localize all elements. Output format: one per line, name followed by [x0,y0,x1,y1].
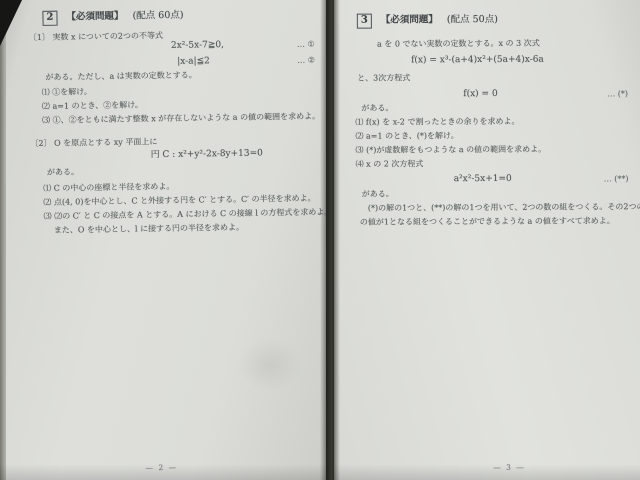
p3-note2: がある。 [362,189,394,199]
s2-equation: 円 C : x²+y²-2x-8y+13=0 [151,148,263,161]
p3-intro1: a を 0 でない実数の定数とする。x の 3 次式 [377,39,540,49]
left-page-content: 2 【必須問題】 (配点 60点) 〔1〕 実数 x についての2つの不等式 2… [2,0,330,480]
s2-item-3: ⑶ ⑵の C′ と C の接点を A とする。A における C の接線 l の方… [44,207,333,221]
p3-equation-f: f(x) = x³-(a+4)x²+(5a+4)x-6a [411,55,544,66]
s1-note: がある。ただし、a は実数の定数とする。 [45,70,196,82]
right-page-content: 3 【必須問題】 (配点 50点) a を 0 でない実数の定数とする。x の … [333,0,640,480]
s1-equation2: |x-a|≦2 [177,56,210,67]
problem2-header: 2 【必須問題】 (配点 60点) [42,9,183,26]
left-page: 2 【必須問題】 (配点 60点) 〔1〕 実数 x についての2つの不等式 2… [6,0,326,480]
problem2-number-box: 2 [42,11,57,26]
problem2-title: 【必須問題】 [66,11,123,23]
s1-equation1-ref: … ① [297,40,315,50]
p3-equation-f0-ref: … (*) [607,89,628,99]
right-page: 3 【必須問題】 (配点 50点) a を 0 でない実数の定数とする。x の … [334,0,640,480]
exam-booklet-photo: 2 【必須問題】 (配点 60点) 〔1〕 実数 x についての2つの不等式 2… [0,0,640,480]
p3-paragraph-line2: の値が1となる組をつくることができるような a の値をすべて求めよ。 [360,216,615,227]
p3-equation-f0: f(x) = 0 [463,89,497,100]
s2-item-3-cont: また、O を中心とし、l に接する円の半径を求めよ。 [54,223,244,236]
s2-note: がある。 [47,167,79,177]
s1-intro: 〔1〕 実数 x についての2つの不等式 [29,31,163,43]
problem3-number-box: 3 [357,14,372,29]
p3-equation-q-ref: … (**) [604,174,629,184]
booklet-spine [320,0,340,480]
p3-item-3: ⑶ (*)が虚数解をもつような a の値の範囲を求めよ。 [356,145,547,156]
p3-item-1: ⑴ f(x) を x-2 で割ったときの余りを求めよ。 [355,117,519,127]
s1-item-3: ⑶ ①、②をともに満たす整数 x が存在しないような a の値の範囲を求めよ。 [42,112,320,126]
s2-item-1: ⑴ C の中心の座標と半径を求めよ。 [43,182,174,194]
s1-item-2: ⑵ a=1 のとき、②を解け。 [42,100,143,111]
s1-equation2-ref: … ② [297,56,315,66]
problem3-title: 【必須問題】 [381,14,438,25]
paper-stain [238,338,302,392]
p3-intro2: と、3次方程式 [357,73,410,83]
problem2-points: (配点 60点) [132,10,183,22]
s2-intro: 〔2〕 O を原点とする xy 平面上に [30,137,157,149]
p3-note1: がある。 [361,103,393,113]
problem3-points: (配点 50点) [447,14,498,25]
s1-item-1: ⑴ ①を解け。 [42,87,92,97]
p3-item-2: ⑵ a=1 のとき、(*)を解け。 [355,131,458,141]
p3-equation-q: a²x²-5x+1=0 [454,174,512,185]
s1-equation1: 2x²-5x-7≧0, [171,40,224,52]
p3-item-4: ⑷ x の 2 次方程式 [356,159,424,169]
p3-paragraph-line1: (*)の解の1つと、(**)の解の1つを用いて、2つの数の組をつくる。その2つの… [368,202,640,213]
problem3-header: 3 【必須問題】 (配点 50点) [357,13,498,29]
s2-item-2: ⑵ 点(4, 0)を中心とし、C と外接する円を C′ とする。C′ の半径を求… [43,194,315,208]
